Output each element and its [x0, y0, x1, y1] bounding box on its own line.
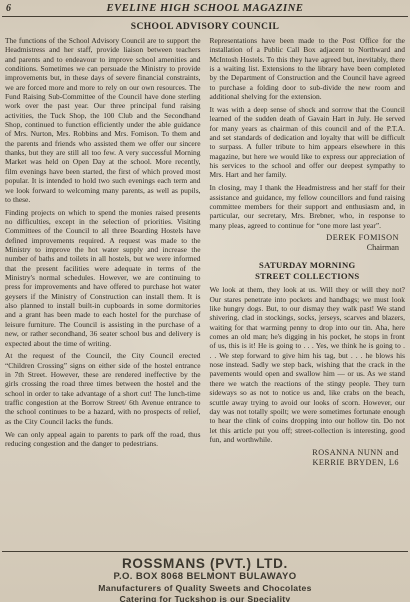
- advert-company-name: ROSSMANS (PVT.) LTD.: [0, 556, 410, 571]
- magazine-title: EVELINE HIGH SCHOOL MAGAZINE: [46, 3, 404, 14]
- paragraph: Representations have been made to the Po…: [210, 36, 406, 101]
- magazine-page: 6 EVELINE HIGH SCHOOL MAGAZINE SCHOOL AD…: [0, 0, 410, 602]
- paragraph: Finding projects on which to spend the m…: [5, 208, 201, 348]
- council-signature: DEREK FOMISON Chairman: [210, 233, 400, 253]
- signature-name: DEREK FOMISON: [210, 233, 400, 243]
- street-signature: ROSANNA NUNN and KERRIE BRYDEN, L6: [210, 448, 400, 468]
- signature-role: Chairman: [210, 243, 400, 253]
- article-columns: The functions of the School Advisory Cou…: [0, 36, 410, 552]
- paragraph: At the request of the Council, the City …: [5, 351, 201, 426]
- paragraph: It was with a deep sense of shock and so…: [210, 105, 406, 180]
- paragraph: We look at them, they look at us. Will t…: [210, 285, 406, 444]
- page-number: 6: [6, 3, 46, 14]
- advert-tagline-1: Manufacturers of Quality Sweets and Choc…: [0, 583, 410, 594]
- advert-address: P.O. BOX 8068 BELMONT BULAWAYO: [0, 571, 410, 583]
- signature-name: KERRIE BRYDEN, L6: [210, 458, 400, 468]
- signature-name: ROSANNA NUNN and: [210, 448, 400, 458]
- right-column: Representations have been made to the Po…: [210, 36, 406, 552]
- advert-tagline-2: Catering for Tuckshop is our Speciality: [0, 594, 410, 602]
- left-column: The functions of the School Advisory Cou…: [5, 36, 201, 552]
- article-title: SCHOOL ADVISORY COUNCIL: [0, 22, 410, 32]
- paragraph: The functions of the School Advisory Cou…: [5, 36, 201, 204]
- page-header: 6 EVELINE HIGH SCHOOL MAGAZINE: [0, 0, 410, 15]
- paragraph: We can only appeal again to parents to p…: [5, 430, 201, 449]
- advert-divider-rule: [2, 551, 408, 552]
- advert-rossmans: ROSSMANS (PVT.) LTD. P.O. BOX 8068 BELMO…: [0, 556, 410, 602]
- street-collections-title: SATURDAY MORNING STREET COLLECTIONS: [210, 260, 406, 281]
- header-rule: [2, 16, 408, 17]
- paragraph: In closing, may I thank the Headmistress…: [210, 183, 406, 230]
